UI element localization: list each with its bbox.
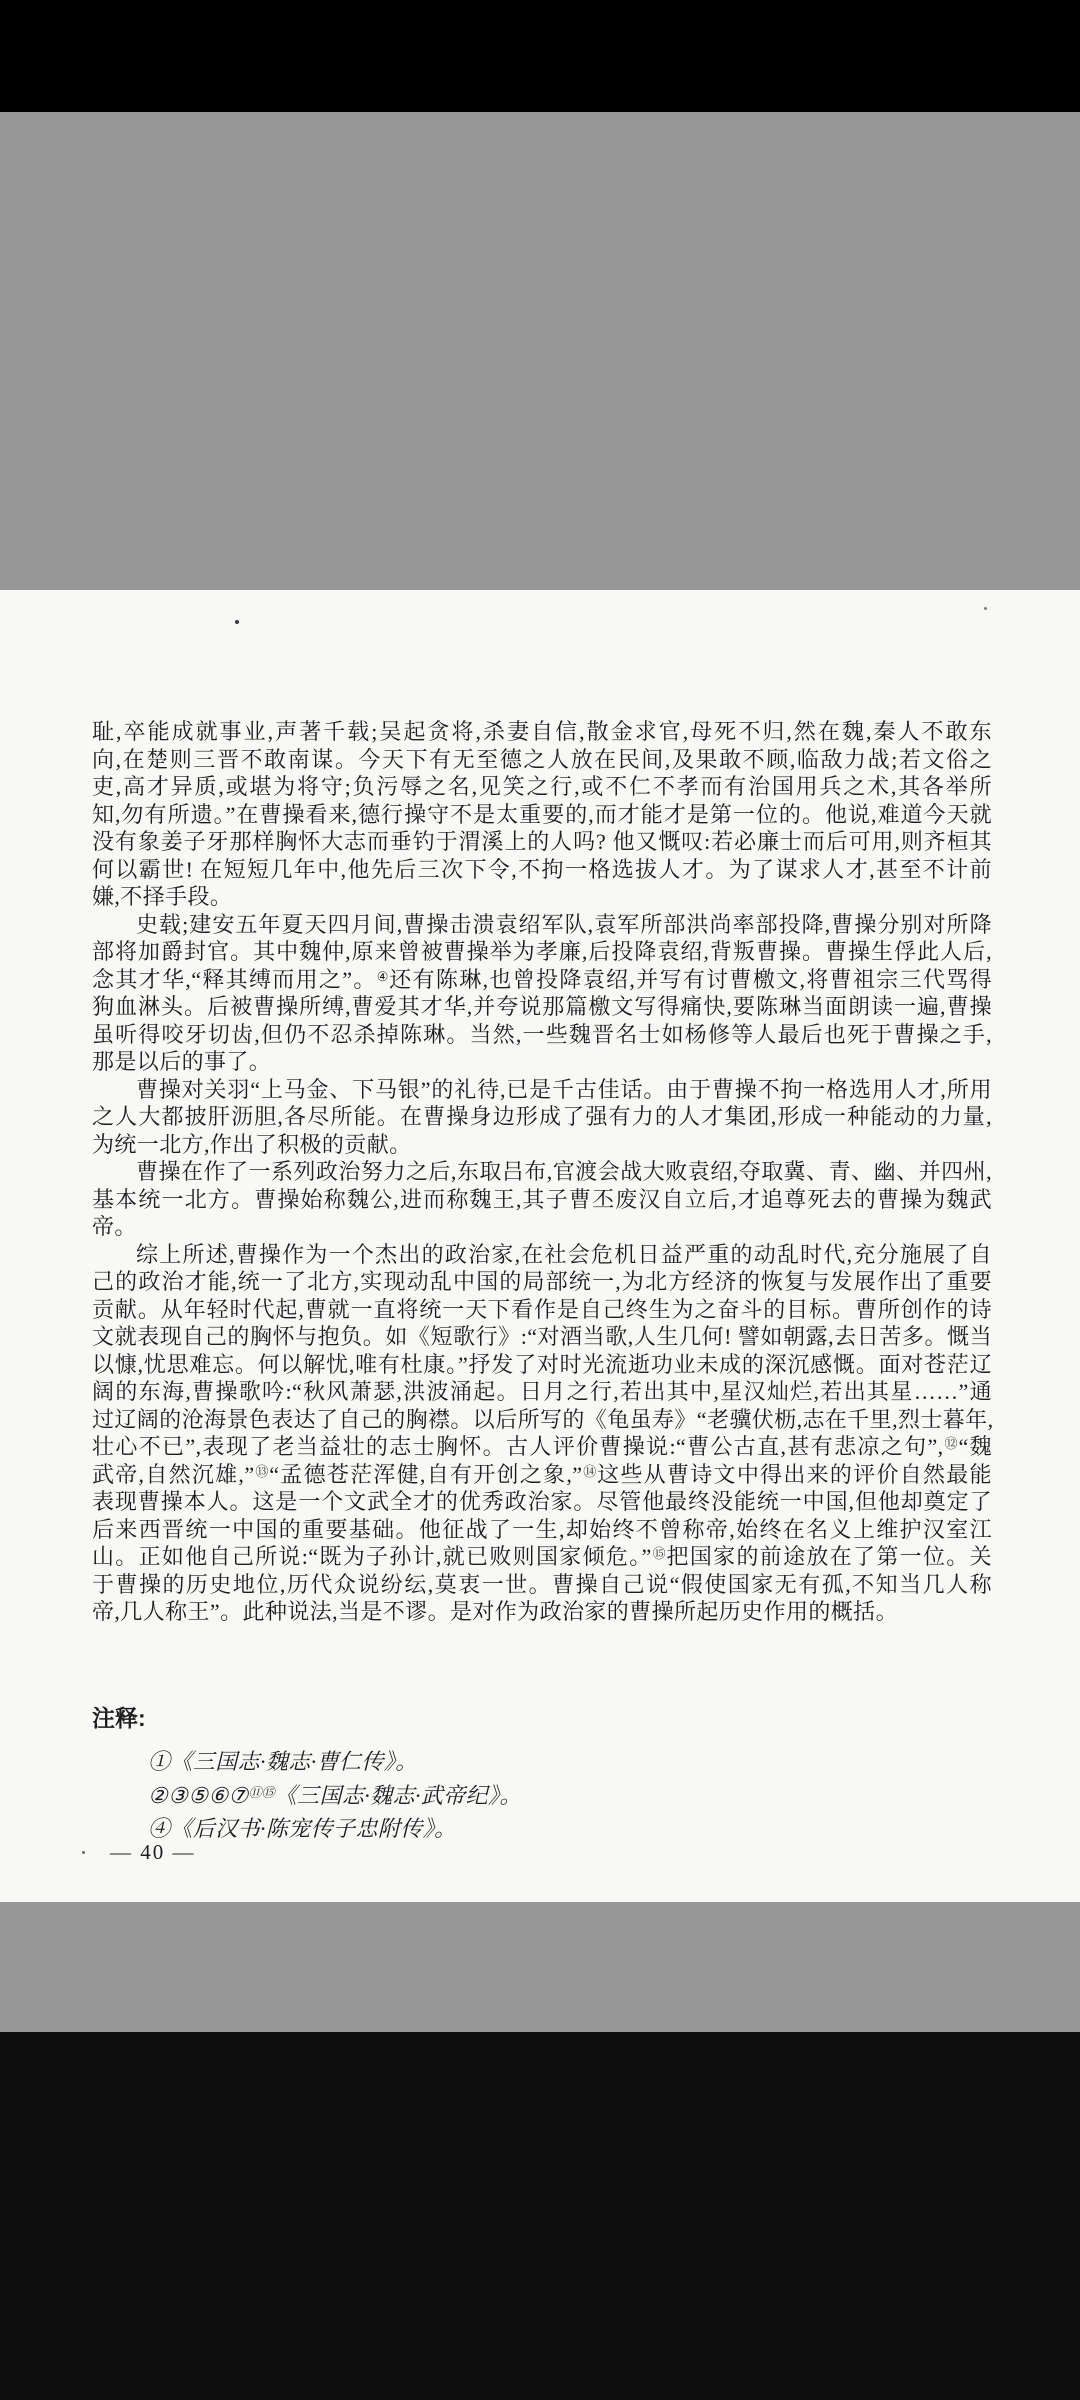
text-line: 山。正如他自己所说:“既为子孙计,就已败则国家倾危。”⑮把国家的前途放在了第一位… (92, 1543, 992, 1571)
text-line: 壮心不已”,表现了老当益壮的志士胸怀。古人评价曹操说:“曹公古直,甚有悲凉之句”… (92, 1433, 992, 1461)
text-line: 以慷,忧思难忘。何以解忧,唯有杜康。”抒发了对时光流逝功业未成的深沉感慨。面对苍… (92, 1351, 992, 1379)
text-segment: 于曹操的历史地位,历代众说纷纭,莫衷一世。曹操自己说“假使国家无有孤,不知当几人… (92, 1572, 992, 1597)
text-line: 曹操在作了一系列政治努力之后,东取吕布,官渡会战大败袁绍,夺取冀、青、幽、并四州… (92, 1158, 992, 1186)
footnote-ref: ④ (377, 969, 390, 984)
text-segment: 山。正如他自己所说:“既为子孙计,就已败则国家倾危。” (92, 1544, 652, 1569)
text-segment: 壮心不已”,表现了老当益壮的志士胸怀。古人评价曹操说:“曹公古直,甚有悲凉之句”… (92, 1434, 944, 1459)
text-segment: 基本统一北方。曹操始称魏公,进而称魏王,其子曹丕废汉自立后,才追尊死去的曹操为魏… (92, 1187, 992, 1212)
text-segment: 没有象姜子牙那样胸怀大志而垂钓于渭溪上的人吗? 他又慨叹:若必廉士而后可用,则齐… (92, 829, 992, 854)
text-segment: 何以霸世! 在短短几年中,他先后三次下令,不拘一格选拔人才。为了谋求人才,甚至不… (92, 857, 992, 882)
footnote-ref: ⑭ (582, 1464, 597, 1479)
text-segment: ②③⑤⑥⑦ (148, 1783, 249, 1808)
text-segment: 虽听得咬牙切齿,但仍不忍杀掉陈琳。当然,一些魏晋名士如杨修等人最后也死于曹操之手… (92, 1022, 992, 1047)
text-segment: 己的政治才能,统一了北方,实现动乱中国的局部统一,为北方经济的恢复与发展作出了重… (92, 1269, 992, 1294)
text-line: 文就表现自己的胸怀与抱负。如《短歌行》:“对酒当歌,人生几何! 譬如朝露,去日苦… (92, 1323, 992, 1351)
text-line: 之人大都披肝沥胆,各尽所能。在曹操身边形成了强有力的人才集团,形成一种能动的力量… (92, 1103, 992, 1131)
scan-speck (82, 1851, 85, 1854)
text-segment: 吏,高才异质,或堪为将守;负污辱之名,见笑之行,或不仁不孝而有治国用兵之术,其各… (92, 774, 992, 799)
text-line: 帝,几人称王”。此种说法,当是不谬。是对作为政治家的曹操所起历史作用的概括。 (92, 1598, 992, 1626)
text-segment: ④《后汉书·陈宠传子忠附传》。 (148, 1816, 457, 1841)
text-line: 虽听得咬牙切齿,但仍不忍杀掉陈琳。当然,一些魏晋名士如杨修等人最后也死于曹操之手… (92, 1021, 992, 1049)
text-line: 基本统一北方。曹操始称魏公,进而称魏王,其子曹丕废汉自立后,才追尊死去的曹操为魏… (92, 1186, 992, 1214)
notes-heading: 注释: (92, 1703, 992, 1733)
text-line: 耻,卒能成就事业,声著千载;吴起贪将,杀妻自信,散金求官,母死不归,然在魏,秦人… (92, 718, 992, 746)
text-line: 综上所述,曹操作为一个杰出的政治家,在社会危机日益严重的动乱时代,充分施展了自 (92, 1241, 992, 1269)
text-line: 念其才华,“释其缚而用之”。④还有陈琳,也曾投降袁绍,并写有讨曹檄文,将曹祖宗三… (92, 966, 992, 994)
text-segment: 耻,卒能成就事业,声著千载;吴起贪将,杀妻自信,散金求官,母死不归,然在魏,秦人… (92, 719, 992, 744)
text-segment: 之人大都披肝沥胆,各尽所能。在曹操身边形成了强有力的人才集团,形成一种能动的力量… (92, 1104, 992, 1129)
footnote-ref: ⑮ (652, 1546, 667, 1561)
notes-section: 注释: ①《三国志·魏志·曹仁传》。②③⑤⑥⑦⑪⑮《三国志·魏志·武帝纪》。④《… (92, 1703, 992, 1846)
text-segment: 以慷,忧思难忘。何以解忧,唯有杜康。”抒发了对时光流逝功业未成的深沉感慨。面对苍… (92, 1352, 992, 1377)
text-line: ①《三国志·魏志·曹仁传》。 (92, 1745, 992, 1779)
text-segment: “孟德苍茫浑健,自有开创之象,” (269, 1462, 582, 1487)
text-segment: 还有陈琳,也曾投降袁绍,并写有讨曹檄文,将曹祖宗三代骂得 (389, 967, 992, 992)
footnote-ref: ⑪⑮ (249, 1785, 275, 1800)
page-number: — 40 — (110, 1840, 196, 1865)
text-line: 知,勿有所遗。”在曹操看来,德行操守不是太重要的,而才能才是第一位的。他说,难道… (92, 801, 992, 829)
footnote-ref: ⑫ (944, 1436, 959, 1451)
text-segment: 把国家的前途放在了第一位。关 (667, 1544, 992, 1569)
text-segment: 综上所述,曹操作为一个杰出的政治家,在社会危机日益严重的动乱时代,充分施展了自 (136, 1242, 992, 1267)
text-line: 贡献。从年轻时代起,曹就一直将统一天下看作是自己终生为之奋斗的目标。曹所创作的诗 (92, 1296, 992, 1324)
text-segment: 部将加爵封官。其中魏仲,原来曾被曹操举为孝廉,后投降袁绍,背叛曹操。曹操生俘此人… (92, 939, 992, 964)
text-segment: 史载;建安五年夏天四月间,曹操击溃袁绍军队,袁军所部洪尚率部投降,曹操分别对所降 (136, 912, 992, 937)
text-segment: ①《三国志·魏志·曹仁传》。 (148, 1749, 418, 1774)
screenshot-root: 耻,卒能成就事业,声著千载;吴起贪将,杀妻自信,散金求官,母死不归,然在魏,秦人… (0, 0, 1080, 2400)
text-segment: 狗血淋头。后被曹操所缚,曹爱其才华,并夸说那篇檄文写得痛快,要陈琳当面朗读一遍,… (92, 994, 992, 1019)
text-line: 过辽阔的沧海景色表达了自己的胸襟。以后所写的《龟虽寿》“老骥伏枥,志在千里,烈士… (92, 1406, 992, 1434)
text-line: ④《后汉书·陈宠传子忠附传》。 (92, 1812, 992, 1846)
text-segment: 念其才华,“释其缚而用之”。 (92, 967, 377, 992)
text-line: 武帝,自然沉雄,”⑬“孟德苍茫浑健,自有开创之象,”⑭这些从曹诗文中得出来的评价… (92, 1461, 992, 1489)
text-line: 己的政治才能,统一了北方,实现动乱中国的局部统一,为北方经济的恢复与发展作出了重… (92, 1268, 992, 1296)
body-text: 耻,卒能成就事业,声著千载;吴起贪将,杀妻自信,散金求官,母死不归,然在魏,秦人… (92, 718, 992, 1626)
text-line: 为统一北方,作出了积极的贡献。 (92, 1131, 992, 1159)
text-line: 嫌,不择手段。 (92, 883, 992, 911)
text-line: 阔的东海,曹操歌吟:“秋风萧瑟,洪波涌起。日月之行,若出其中,星汉灿烂,若出其星… (92, 1378, 992, 1406)
text-segment: 为统一北方,作出了积极的贡献。 (92, 1132, 412, 1157)
letterbox-top (0, 0, 1080, 112)
text-line: 后来西晋统一中国的重要基础。他征战了一生,却始终不曾称帝,始终在名义上维护汉室江 (92, 1516, 992, 1544)
text-segment: 武帝,自然沉雄,” (92, 1462, 255, 1487)
text-line: 帝。 (92, 1213, 992, 1241)
viewer-background-bottom (0, 1902, 1080, 2032)
text-line: 向,在楚则三晋不敢南谋。今天下有无至德之人放在民间,及果敢不顾,临敌力战;若文俗… (92, 746, 992, 774)
text-segment: 文就表现自己的胸怀与抱负。如《短歌行》:“对酒当歌,人生几何! 譬如朝露,去日苦… (92, 1324, 992, 1349)
text-line: 曹操对关羽“上马金、下马银”的礼待,已是千古佳话。由于曹操不拘一格选用人才,所用 (92, 1076, 992, 1104)
text-segment: 知,勿有所遗。”在曹操看来,德行操守不是太重要的,而才能才是第一位的。他说,难道… (92, 802, 992, 827)
text-segment: 曹操对关羽“上马金、下马银”的礼待,已是千古佳话。由于曹操不拘一格选用人才,所用 (136, 1077, 992, 1102)
text-segment: 阔的东海,曹操歌吟:“秋风萧瑟,洪波涌起。日月之行,若出其中,星汉灿烂,若出其星… (92, 1379, 992, 1404)
text-segment: 这些从曹诗文中得出来的评价自然最能 (597, 1462, 992, 1487)
text-segment: 过辽阔的沧海景色表达了自己的胸襟。以后所写的《龟虽寿》“老骥伏枥,志在千里,烈士… (92, 1407, 993, 1432)
text-segment: 那是以后的事了。 (92, 1049, 271, 1074)
text-segment: 贡献。从年轻时代起,曹就一直将统一天下看作是自己终生为之奋斗的目标。曹所创作的诗 (92, 1297, 992, 1322)
text-segment: 帝。 (92, 1214, 137, 1239)
text-segment: 《三国志·魏志·武帝纪》。 (275, 1783, 522, 1808)
text-segment: 表现曹操本人。这是一个文武全才的优秀政治家。尽管他最终没能统一中国,但他却奠定了 (92, 1489, 992, 1514)
text-line: 于曹操的历史地位,历代众说纷纭,莫衷一世。曹操自己说“假使国家无有孤,不知当几人… (92, 1571, 992, 1599)
text-line: 部将加爵封官。其中魏仲,原来曾被曹操举为孝廉,后投降袁绍,背叛曹操。曹操生俘此人… (92, 938, 992, 966)
scan-speck (984, 607, 987, 610)
text-segment: 帝,几人称王”。此种说法,当是不谬。是对作为政治家的曹操所起历史作用的概括。 (92, 1599, 898, 1624)
letterbox-bottom (0, 2032, 1080, 2400)
text-line: 吏,高才异质,或堪为将守;负污辱之名,见笑之行,或不仁不孝而有治国用兵之术,其各… (92, 773, 992, 801)
text-segment: 后来西晋统一中国的重要基础。他征战了一生,却始终不曾称帝,始终在名义上维护汉室江 (92, 1517, 992, 1542)
text-segment: 曹操在作了一系列政治努力之后,东取吕布,官渡会战大败袁绍,夺取冀、青、幽、并四州… (136, 1159, 992, 1184)
note-lines: ①《三国志·魏志·曹仁传》。②③⑤⑥⑦⑪⑮《三国志·魏志·武帝纪》。④《后汉书·… (92, 1745, 992, 1846)
scan-speck (235, 620, 239, 624)
text-segment: 向,在楚则三晋不敢南谋。今天下有无至德之人放在民间,及果敢不顾,临敌力战;若文俗… (92, 747, 992, 772)
text-line: ②③⑤⑥⑦⑪⑮《三国志·魏志·武帝纪》。 (92, 1779, 992, 1813)
text-line: 表现曹操本人。这是一个文武全才的优秀政治家。尽管他最终没能统一中国,但他却奠定了 (92, 1488, 992, 1516)
text-segment: “魏 (958, 1434, 992, 1459)
text-line: 没有象姜子牙那样胸怀大志而垂钓于渭溪上的人吗? 他又慨叹:若必廉士而后可用,则齐… (92, 828, 992, 856)
footnote-ref: ⑬ (255, 1464, 270, 1479)
text-line: 史载;建安五年夏天四月间,曹操击溃袁绍军队,袁军所部洪尚率部投降,曹操分别对所降 (92, 911, 992, 939)
text-segment: 嫌,不择手段。 (92, 884, 232, 909)
text-line: 狗血淋头。后被曹操所缚,曹爱其才华,并夸说那篇檄文写得痛快,要陈琳当面朗读一遍,… (92, 993, 992, 1021)
text-line: 那是以后的事了。 (92, 1048, 992, 1076)
text-line: 何以霸世! 在短短几年中,他先后三次下令,不拘一格选拔人才。为了谋求人才,甚至不… (92, 856, 992, 884)
